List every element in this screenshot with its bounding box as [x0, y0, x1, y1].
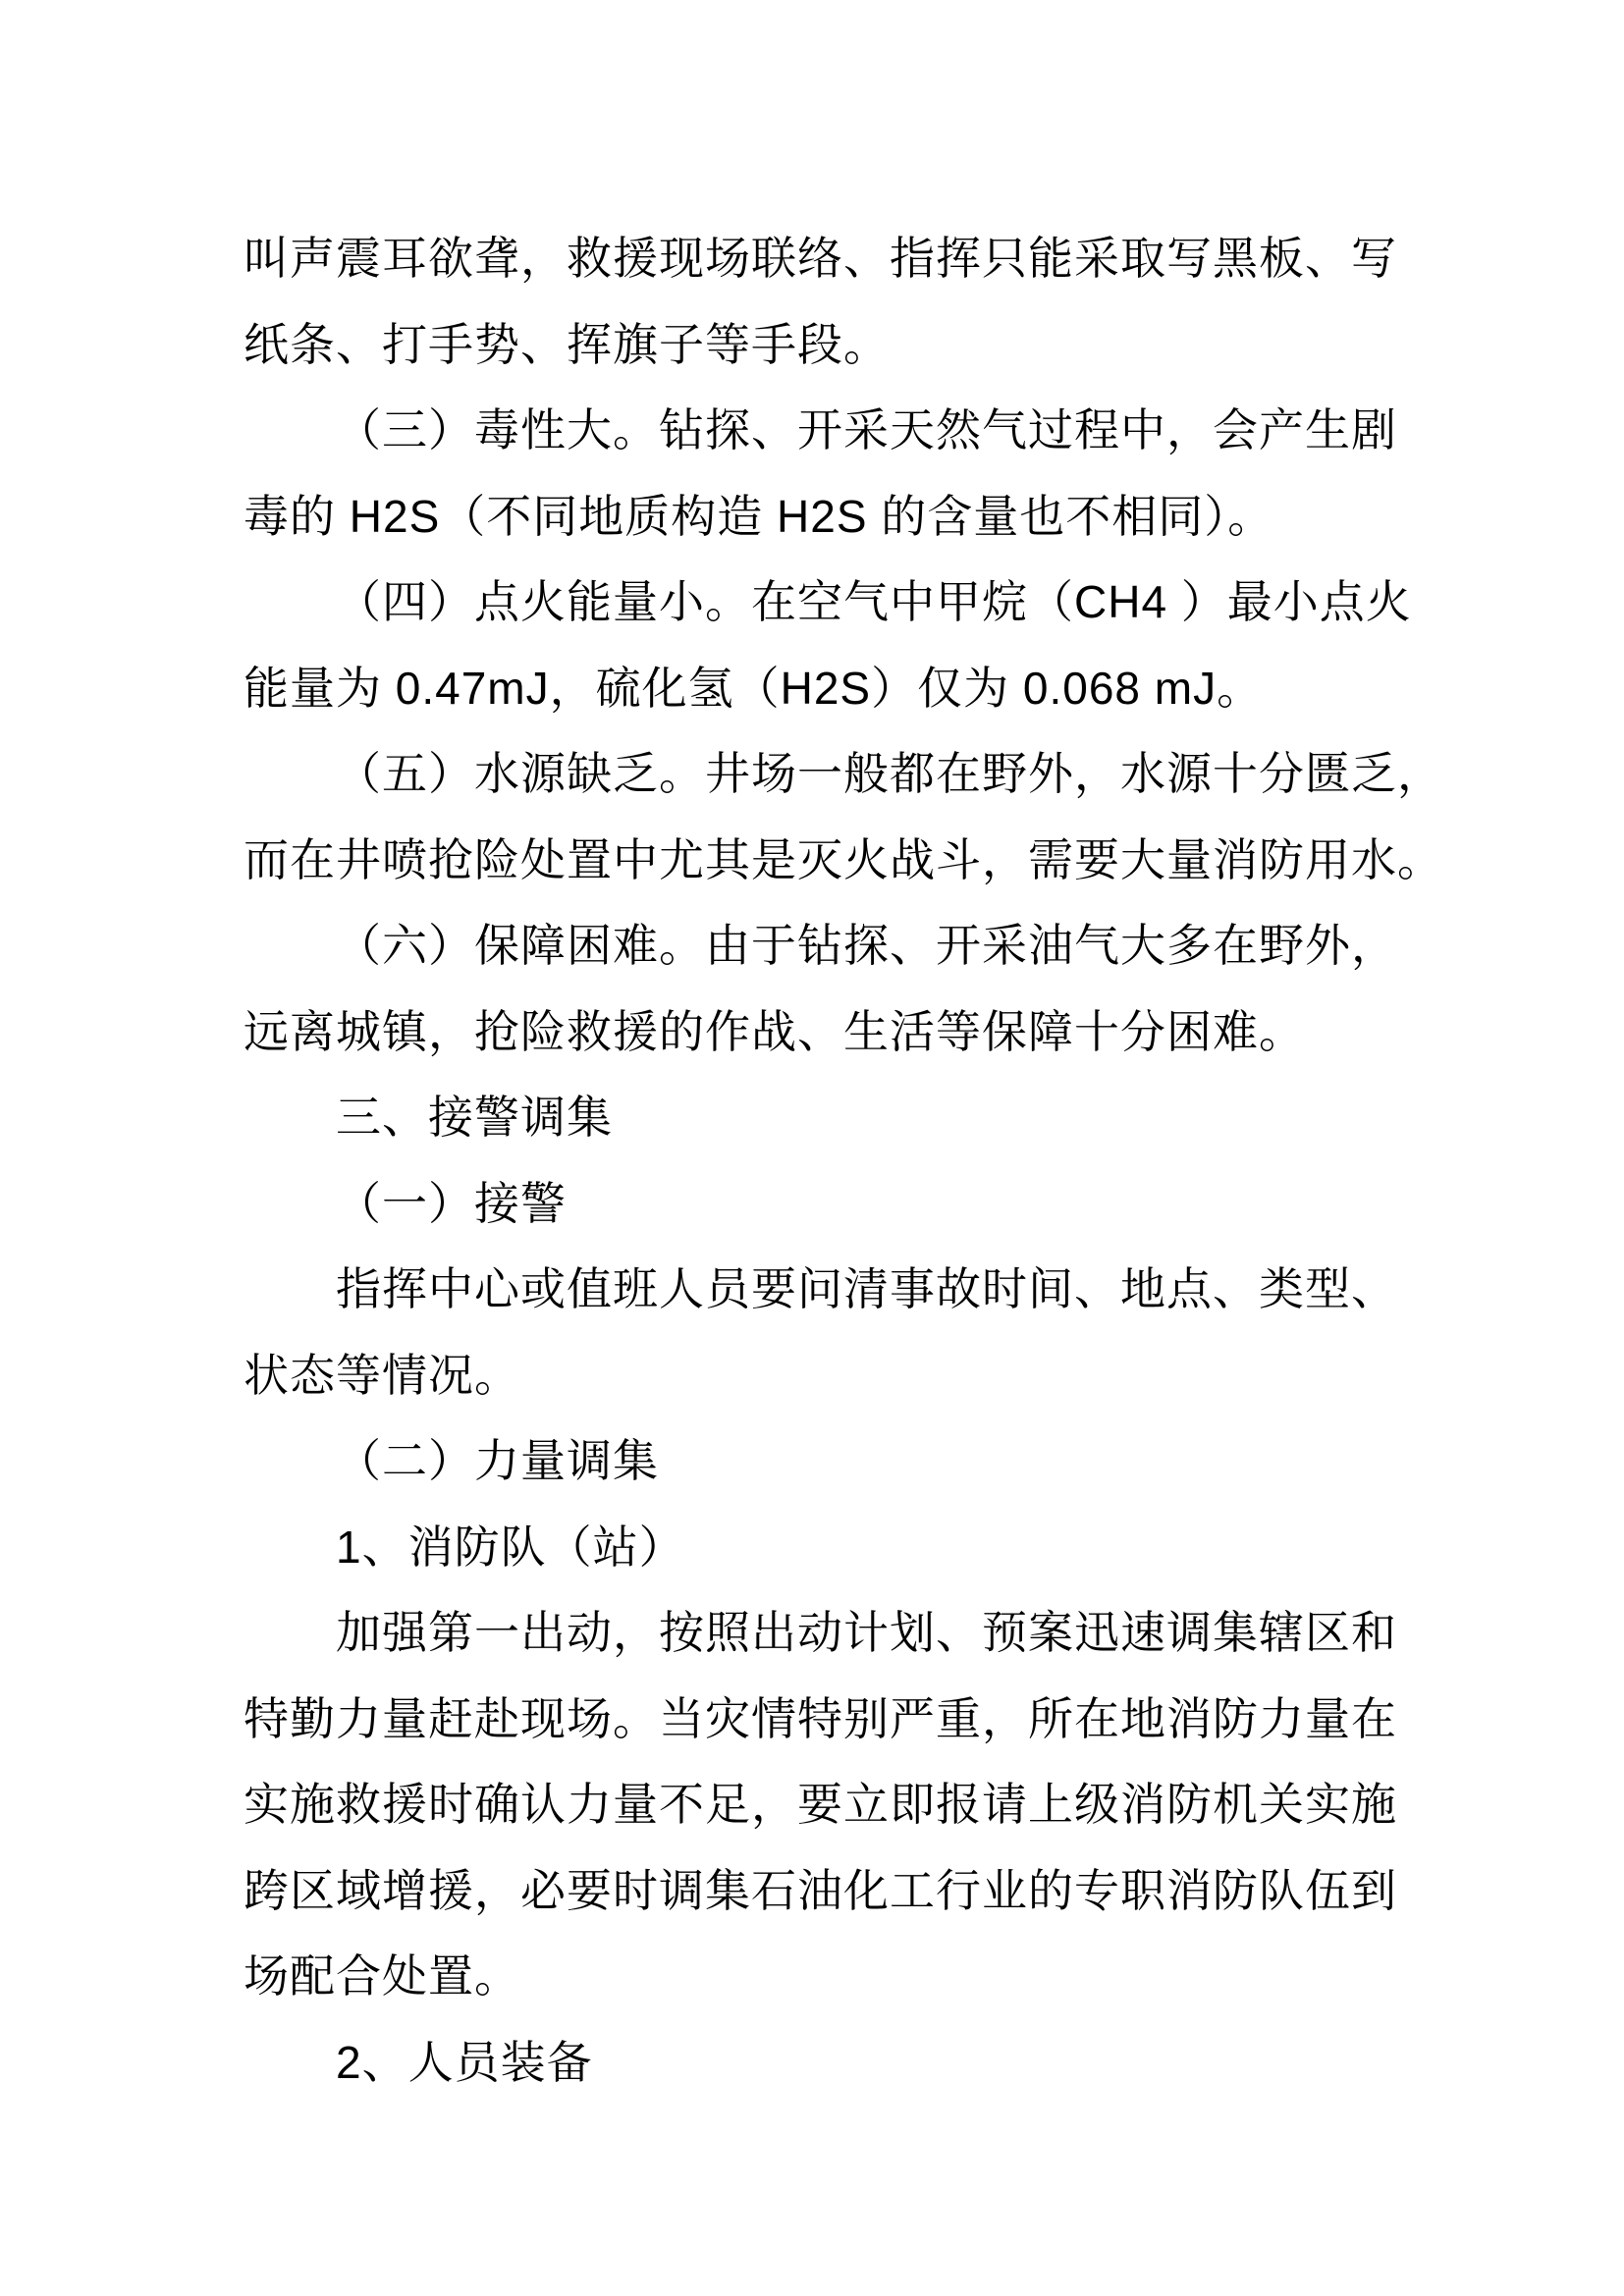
- text-line: （六）保障困难。由于钻探、开采油气大多在野外，: [244, 903, 1520, 989]
- text-line: 场配合处置。: [244, 1934, 1520, 2020]
- document-text-block: 叫声震耳欲聋，救援现场联络、指挥只能采取写黑板、写纸条、打手势、挥旗子等手段。（…: [244, 216, 1520, 2106]
- text-line: （二）力量调集: [244, 1418, 1520, 1505]
- text-line: 状态等情况。: [244, 1333, 1520, 1419]
- text-line: 1、消防队（站）: [244, 1505, 1520, 1591]
- text-line: 2、人员装备: [244, 2020, 1520, 2107]
- text-line: 跨区域增援，必要时调集石油化工行业的专职消防队伍到: [244, 1848, 1520, 1935]
- text-line: 指挥中心或值班人员要问清事故时间、地点、类型、: [244, 1247, 1520, 1333]
- document-page: 叫声震耳欲聋，救援现场联络、指挥只能采取写黑板、写纸条、打手势、挥旗子等手段。（…: [0, 0, 1624, 2296]
- text-line: 叫声震耳欲聋，救援现场联络、指挥只能采取写黑板、写: [244, 216, 1520, 302]
- text-line: 能量为 0.47mJ，硫化氢（H2S）仅为 0.068 mJ。: [244, 646, 1520, 732]
- text-line: 纸条、打手势、挥旗子等手段。: [244, 302, 1520, 389]
- text-line: （五）水源缺乏。井场一般都在野外，水源十分匮乏，: [244, 731, 1520, 818]
- text-line: （三）毒性大。钻探、开采天然气过程中，会产生剧: [244, 388, 1520, 474]
- text-line: 实施救援时确认力量不足，要立即报请上级消防机关实施: [244, 1762, 1520, 1848]
- text-line: 加强第一出动，按照出动计划、预案迅速调集辖区和: [244, 1590, 1520, 1677]
- text-line: 三、接警调集: [244, 1075, 1520, 1161]
- text-line: 远离城镇，抢险救援的作战、生活等保障十分困难。: [244, 989, 1520, 1076]
- text-line: 特勤力量赶赴现场。当灾情特别严重，所在地消防力量在: [244, 1677, 1520, 1763]
- text-line: （一）接警: [244, 1161, 1520, 1248]
- text-line: （四）点火能量小。在空气中甲烷（CH4 ）最小点火: [244, 560, 1520, 646]
- text-line: 而在井喷抢险处置中尤其是灭火战斗，需要大量消防用水。: [244, 818, 1520, 904]
- text-line: 毒的 H2S（不同地质构造 H2S 的含量也不相同）。: [244, 474, 1520, 561]
